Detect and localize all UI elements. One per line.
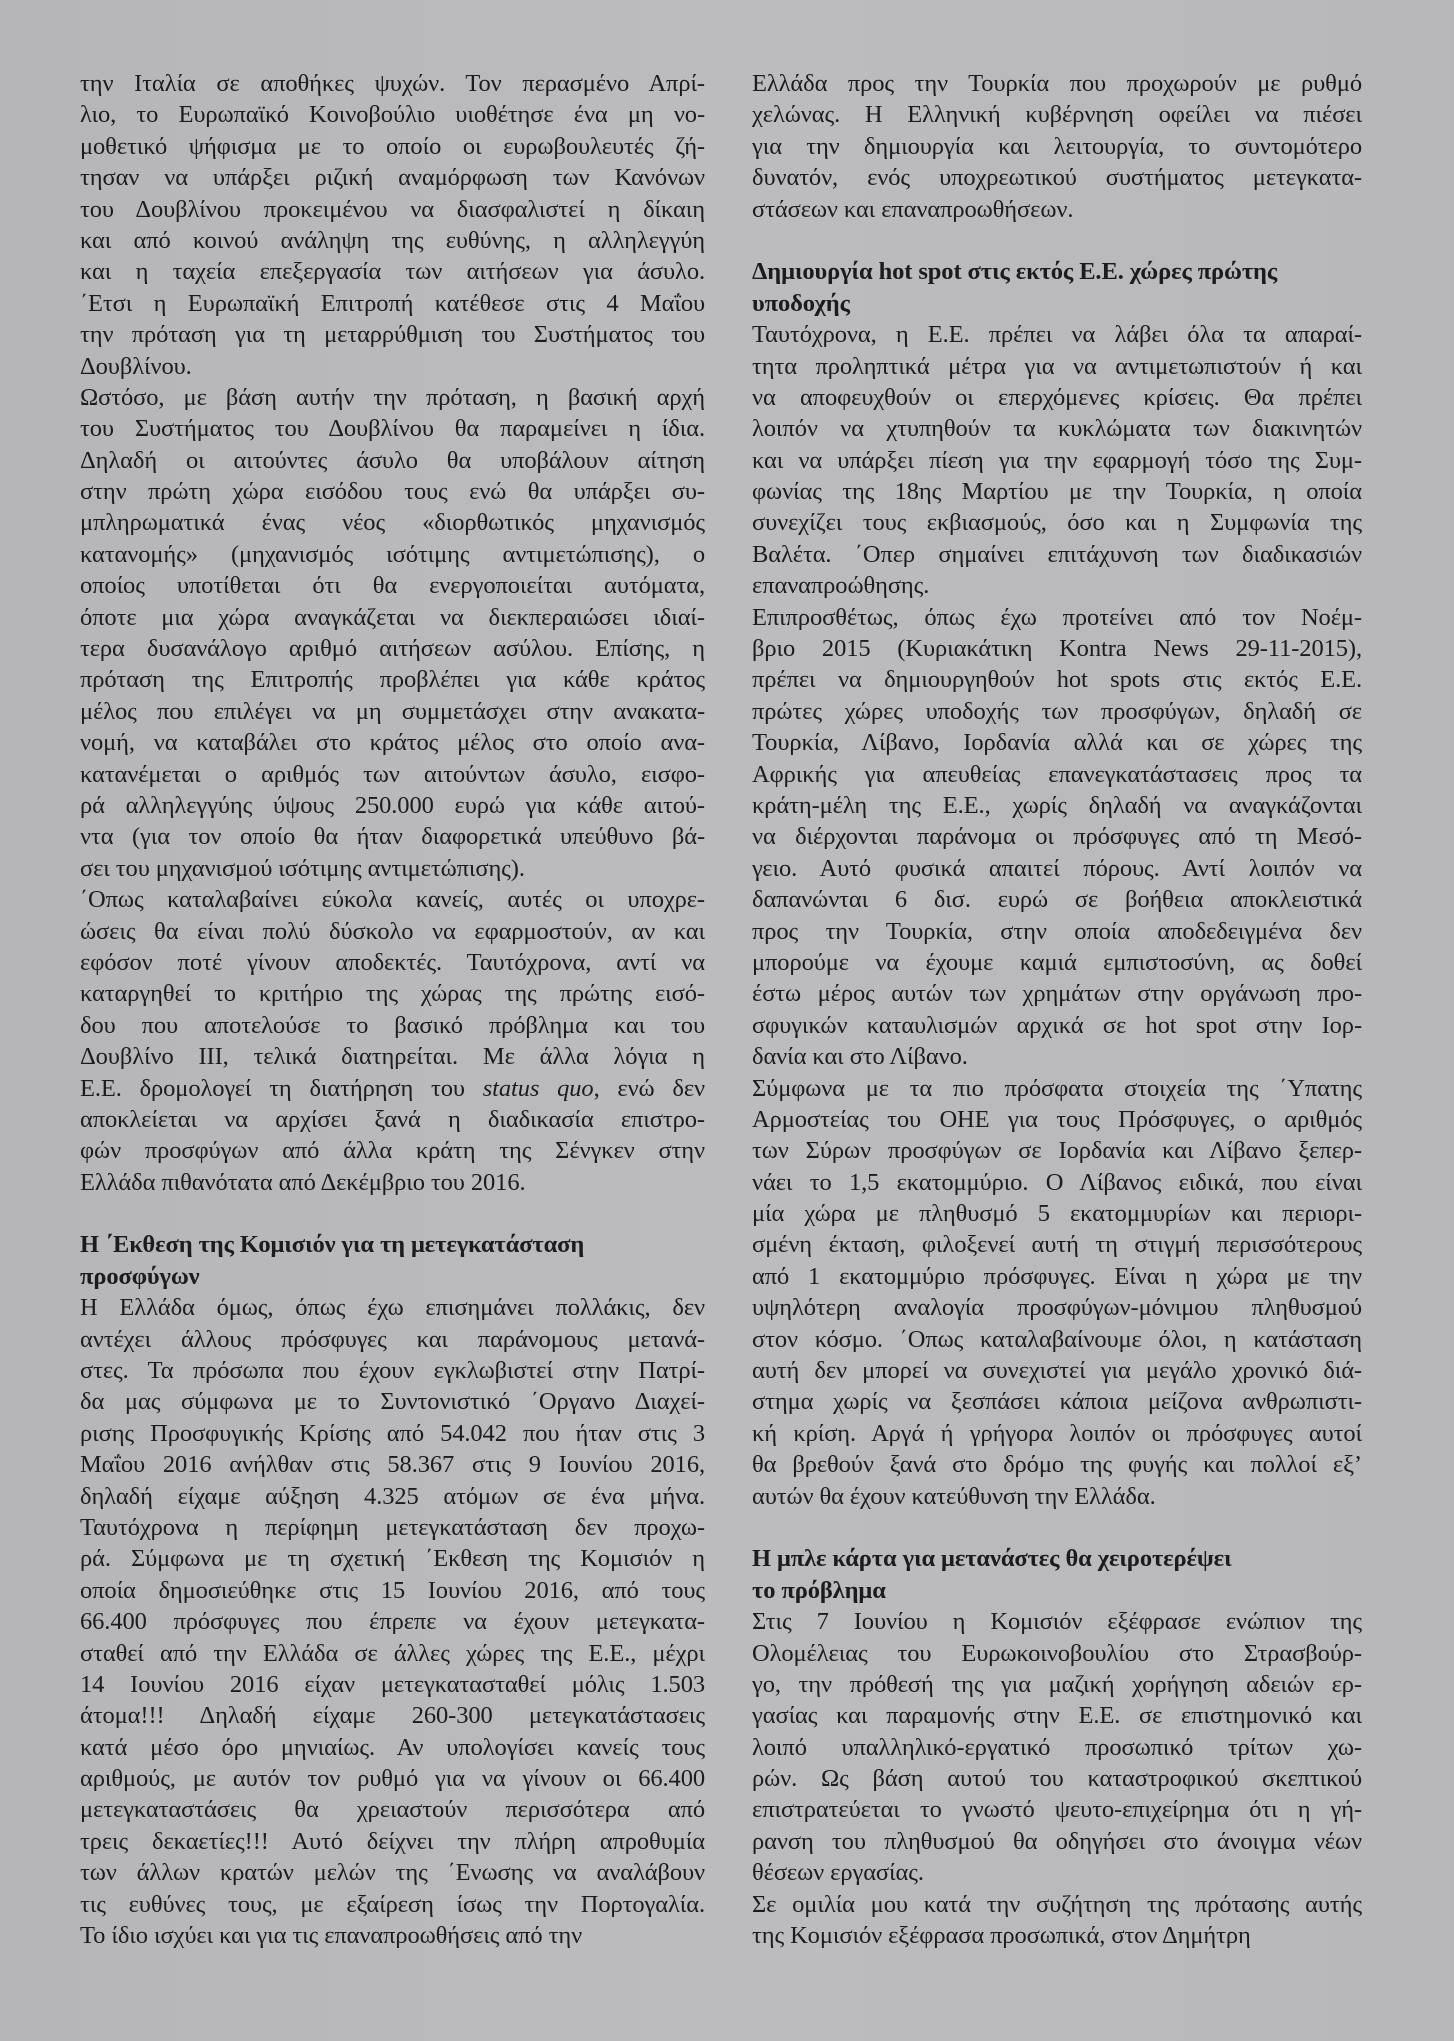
heading-line: υποδοχής — [752, 288, 1362, 319]
text-line: ΄Ετσι η Ευρωπαϊκή Επιτροπή κατέθεσε στις… — [80, 288, 705, 319]
text-line: σμένη έκταση, φιλοξενεί αυτή τη στιγμή π… — [752, 1229, 1362, 1260]
text-line: κή κρίση. Αργά ή γρήγορα λοιπόν οι πρόσφ… — [752, 1418, 1362, 1449]
text-line: τις ευθύνες τους, με εξαίρεση ίσως την Π… — [80, 1889, 705, 1920]
text-line: επιστρατεύεται το γνωστό ψευτο-επιχείρημ… — [752, 1794, 1362, 1825]
heading-line: προσφύγων — [80, 1261, 705, 1292]
text-line: και από κοινού ανάληψη της ευθύνης, η αλ… — [80, 225, 705, 256]
paragraph: Επιπροσθέτως, όπως έχω προτείνει από τον… — [752, 602, 1362, 1073]
text-line: της Κομισιόν εξέφρασα προσωπικά, στον Δη… — [752, 1920, 1362, 1951]
text-line: ΄Οπως καταλαβαίνει εύκολα κανείς, αυτές … — [80, 884, 705, 915]
italic-phrase: status quo — [483, 1075, 594, 1102]
text-line: λιο, το Ευρωπαϊκό Κοινοβούλιο υιοθέτησε … — [80, 99, 705, 130]
text-line: νάει το 1,5 εκατομμύριο. Ο Λίβανος ειδικ… — [752, 1167, 1362, 1198]
paragraph: Ταυτόχρονα, η Ε.Ε. πρέπει να λάβει όλα τ… — [752, 319, 1362, 602]
text-line: μέλος που επιλέγει να μη συμμετάσχει στη… — [80, 696, 705, 727]
text-line: εφόσον ποτέ γίνουν αποδεκτές. Ταυτόχρονα… — [80, 947, 705, 978]
text-line: την Ιταλία σε αποθήκες ψυχών. Τον περασμ… — [80, 68, 705, 99]
text-line: όποτε μια χώρα αναγκάζεται να διεκπεραιώ… — [80, 602, 705, 633]
text-line: Ολομέλειας του Ευρωκοινοβουλίου στο Στρα… — [752, 1638, 1362, 1669]
text-line: στην πρώτη χώρα εισόδου τους ενώ θα υπάρ… — [80, 476, 705, 507]
heading-line: Η ΄Εκθεση της Κομισιόν για τη μετεγκατάσ… — [80, 1229, 705, 1260]
text-line: ρά αλληλεγγύης ύψους 250.000 ευρώ για κά… — [80, 790, 705, 821]
text-line: επαναπροώθησης. — [752, 570, 1362, 601]
text-line: νομή, να καταβάλει στο κράτος μέλος στο … — [80, 727, 705, 758]
text-line: Στις 7 Ιουνίου η Κομισιόν εξέφρασε ενώπι… — [752, 1606, 1362, 1637]
heading-line: Δημιουργία hot spot στις εκτός Ε.Ε. χώρε… — [752, 256, 1362, 287]
heading-line: το πρόβλημα — [752, 1575, 1362, 1606]
paragraph: Σύμφωνα με τα πιο πρόσφατα στοιχεία της … — [752, 1073, 1362, 1512]
text-line: Το ίδιο ισχύει και για τις επαναπροωθήσε… — [80, 1920, 705, 1951]
text-line: θέσεων εργασίας. — [752, 1857, 1362, 1888]
text-line: αυτών θα έχουν κατεύθυνση την Ελλάδα. — [752, 1481, 1362, 1512]
text-line: ώσεις θα είναι πολύ δύσκολο να εφαρμοστο… — [80, 916, 705, 947]
text-line: οποία δημοσιεύθηκε στις 15 Ιουνίου 2016,… — [80, 1575, 705, 1606]
text-line: έστω μέρος αυτών των χρημάτων στην οργάν… — [752, 978, 1362, 1009]
section-gap — [752, 1512, 1362, 1543]
section-heading: Η ΄Εκθεση της Κομισιόν για τη μετεγκατάσ… — [80, 1229, 705, 1292]
text-line: 14 Ιουνίου 2016 είχαν μετεγκατασταθεί μό… — [80, 1669, 705, 1700]
text-line: ρισης Προσφυγικής Κρίσης από 54.042 που … — [80, 1418, 705, 1449]
text-line: μοθετικό ψήφισμα με το οποίο οι ευρωβουλ… — [80, 131, 705, 162]
paragraph: Ελλάδα προς την Τουρκία που προχωρούν με… — [752, 68, 1362, 225]
text-line: στες. Τα πρόσωπα που έχουν εγκλωβιστεί σ… — [80, 1355, 705, 1386]
text-line: πρώτες χώρες υποδοχής των προσφύγων, δηλ… — [752, 696, 1362, 727]
text-line: μπληρωματικά ένας νέος «διορθωτικός μηχα… — [80, 507, 705, 538]
text-line: φωνίας της 18ης Μαρτίου με την Τουρκία, … — [752, 476, 1362, 507]
text-line: του Συστήματος του Δουβλίνου θα παραμείν… — [80, 413, 705, 444]
text-line: Αφρικής για απευθείας επανεγκατάστασεις … — [752, 759, 1362, 790]
section-heading: Δημιουργία hot spot στις εκτός Ε.Ε. χώρε… — [752, 256, 1362, 319]
text-line: Η Ελλάδα όμως, όπως έχω επισημάνει πολλά… — [80, 1292, 705, 1323]
left-column: την Ιταλία σε αποθήκες ψυχών. Τον περασμ… — [80, 68, 705, 1951]
text-line: βριο 2015 (Κυριακάτικη Kontra News 29-11… — [752, 633, 1362, 664]
text-line: γειο. Αυτό φυσικά απαιτεί πόρους. Αντί λ… — [752, 853, 1362, 884]
text-line: ντα (για τον οποίο θα ήταν διαφορετικά υ… — [80, 821, 705, 852]
text-line: Αρμοστείας του ΟΗΕ για τους Πρόσφυγες, ο… — [752, 1104, 1362, 1135]
text-line: δηλαδή είχαμε αύξηση 4.325 ατόμων σε ένα… — [80, 1481, 705, 1512]
text-line: σει του μηχανισμού ισότιμης αντιμετώπιση… — [80, 853, 705, 884]
text-line: χελώνας. Η Ελληνική κυβέρνηση οφείλει να… — [752, 99, 1362, 130]
text-line: γασίας και παραμονής στην Ε.Ε. σε επιστη… — [752, 1700, 1362, 1731]
paragraph: Στις 7 Ιουνίου η Κομισιόν εξέφρασε ενώπι… — [752, 1606, 1362, 1889]
text-line: συνεχίζει τους εκβιασμούς, όσο και η Συμ… — [752, 507, 1362, 538]
text-line: τρεις δεκαετίες!!! Αυτό δείχνει την πλήρ… — [80, 1826, 705, 1857]
text-line: Βαλέτα. ΄Οπερ σημαίνει επιτάχυνση των δι… — [752, 539, 1362, 570]
text-line: δανία και στο Λίβανο. — [752, 1041, 1362, 1072]
text-line: Ταυτόχρονα η περίφημη μετεγκατάσταση δεν… — [80, 1512, 705, 1543]
text-line: σφυγικών καταυλισμών αρχικά σε hot spot … — [752, 1010, 1362, 1041]
text-line: στημα χωρίς να ξεσπάσει κάποια μείζονα α… — [752, 1386, 1362, 1417]
text-line: άτομα!!! Δηλαδή είχαμε 260-300 μετεγκατά… — [80, 1700, 705, 1731]
text-line: αποκλείεται να αρχίσει ξανά η διαδικασία… — [80, 1104, 705, 1135]
text-line: να αποφευχθούν οι επερχόμενες κρίσεις. Θ… — [752, 382, 1362, 413]
text-line: Δουβλίνου. — [80, 351, 705, 382]
text-line: των άλλων κρατών μελών της ΄Ενωσης να αν… — [80, 1857, 705, 1888]
text-line: και να υπάρξει πίεση για την εφαρμογή τό… — [752, 445, 1362, 476]
text-line: και η ταχεία επεξεργασία των αιτήσεων γι… — [80, 256, 705, 287]
text-line: μπορούμε να έχουμε καμιά εμπιστοσύνη, ας… — [752, 947, 1362, 978]
text-line: Ελλάδα πιθανότατα από Δεκέμβριο του 2016… — [80, 1167, 705, 1198]
text-line: δα μας σύμφωνα με το Συντονιστικό ΄Οργαν… — [80, 1386, 705, 1417]
text-line: Δουβλίνο ΙΙΙ, τελικά διατηρείται. Με άλλ… — [80, 1041, 705, 1072]
text-line: από 1 εκατομμύριο πρόσφυγες. Είναι η χώρ… — [752, 1261, 1362, 1292]
text-line: Ελλάδα προς την Τουρκία που προχωρούν με… — [752, 68, 1362, 99]
text-line: δυνατόν, ενός υποχρεωτικού συστήματος με… — [752, 162, 1362, 193]
text-line: υψηλότερη αναλογία προσφύγων-μόνιμου πλη… — [752, 1292, 1362, 1323]
text-line: πρόταση της Επιτροπής προβλέπει για κάθε… — [80, 664, 705, 695]
text-line: οποίος υποτίθεται ότι θα ενεργοποιείται … — [80, 570, 705, 601]
paragraph: Ωστόσο, με βάση αυτήν την πρόταση, η βασ… — [80, 382, 705, 884]
paragraph: ΄Οπως καταλαβαίνει εύκολα κανείς, αυτές … — [80, 884, 705, 1198]
text-line: πρέπει να δημιουργηθούν hot spots στις ε… — [752, 664, 1362, 695]
text-line: κατανομής» (μηχανισμός ισότιμης αντιμετώ… — [80, 539, 705, 570]
text-line: να διέρχονται παράνομα οι πρόσφυγες από … — [752, 821, 1362, 852]
text-line: Μαΐου 2016 ανήλθαν στις 58.367 στις 9 Ιο… — [80, 1449, 705, 1480]
text-line: δου που αποτελούσε το βασικό πρόβλημα κα… — [80, 1010, 705, 1041]
text-line: κατά μέσο όρο μηνιαίως. Αν υπολογίσει κα… — [80, 1732, 705, 1763]
text-line: καταργηθεί το κριτήριο της χώρας της πρώ… — [80, 978, 705, 1009]
text-line: θα βρεθούν ξανά στο δρόμο της φυγής και … — [752, 1449, 1362, 1480]
text-line: αριθμούς, με αυτόν τον ρυθμό για να γίνο… — [80, 1763, 705, 1794]
text-line: των Σύρων προσφύγων σε Ιορδανία και Λίβα… — [752, 1135, 1362, 1166]
magazine-page: την Ιταλία σε αποθήκες ψυχών. Τον περασμ… — [0, 0, 1454, 2041]
text-line: κατανέμεται ο αριθμός των αιτούντων άσυλ… — [80, 759, 705, 790]
text-line: στάσεων και επαναπροωθήσεων. — [752, 194, 1362, 225]
text-line: Επιπροσθέτως, όπως έχω προτείνει από τον… — [752, 602, 1362, 633]
text-line: αντέχει άλλους πρόσφυγες και παράνομους … — [80, 1324, 705, 1355]
text-line: λοιπόν να χτυπηθούν τα κυκλώματα των δια… — [752, 413, 1362, 444]
text-line: Σύμφωνα με τα πιο πρόσφατα στοιχεία της … — [752, 1073, 1362, 1104]
text-line: μετεγκαταστάσεις θα χρειαστούν περισσότε… — [80, 1794, 705, 1825]
text-line: 66.400 πρόσφυγες που έπρεπε να έχουν μετ… — [80, 1606, 705, 1637]
text-line: φών προσφύγων από άλλα κράτη της Σένγκεν… — [80, 1135, 705, 1166]
text-line: γο, την πρόθεσή της για μαζική χορήγηση … — [752, 1669, 1362, 1700]
text-line: Ταυτόχρονα, η Ε.Ε. πρέπει να λάβει όλα τ… — [752, 319, 1362, 350]
text-line: τητα προληπτικά μέτρα για να αντιμετωπισ… — [752, 351, 1362, 382]
text-line: αυτή δεν μπορεί να συνεχιστεί για μεγάλο… — [752, 1355, 1362, 1386]
paragraph: Σε ομιλία μου κατά την συζήτηση της πρότ… — [752, 1889, 1362, 1952]
text-line: την πρόταση για τη μεταρρύθμιση του Συστ… — [80, 319, 705, 350]
text-line: για την δημιουργία και λειτουργία, το συ… — [752, 131, 1362, 162]
section-gap — [752, 225, 1362, 256]
text-line: τερα δυσανάλογο αριθμό αιτήσεων ασύλου. … — [80, 633, 705, 664]
text-line: Τουρκία, Λίβανο, Ιορδανία αλλά και σε χώ… — [752, 727, 1362, 758]
text-line: ρά. Σύμφωνα με τη σχετική ΄Εκθεση της Κο… — [80, 1543, 705, 1574]
text-line: κράτη-μέλη της Ε.Ε., χωρίς δηλαδή να ανα… — [752, 790, 1362, 821]
text-line: Δηλαδή οι αιτούντες άσυλο θα υποβάλουν α… — [80, 445, 705, 476]
text-line: σταθεί από την Ελλάδα σε άλλες χώρες της… — [80, 1638, 705, 1669]
text-line: ρών. Ως βάση αυτού του καταστροφικού σκε… — [752, 1763, 1362, 1794]
paragraph: Η Ελλάδα όμως, όπως έχω επισημάνει πολλά… — [80, 1292, 705, 1951]
text-line: τησαν να υπάρξει ριζική αναμόρφωση των Κ… — [80, 162, 705, 193]
section-gap — [80, 1198, 705, 1229]
text-line: δαπανώνται 6 δισ. ευρώ σε βοήθεια αποκλε… — [752, 884, 1362, 915]
text-line: Ωστόσο, με βάση αυτήν την πρόταση, η βασ… — [80, 382, 705, 413]
right-column: Ελλάδα προς την Τουρκία που προχωρούν με… — [752, 68, 1362, 1951]
text-line: λοιπό υπαλληλικό-εργατικό προσωπικό τρίτ… — [752, 1732, 1362, 1763]
text-line: στον κόσμο. ΄Οπως καταλαβαίνουμε όλοι, η… — [752, 1324, 1362, 1355]
text-line: του Δουβλίνου προκειμένου να διασφαλιστε… — [80, 194, 705, 225]
section-heading: Η μπλε κάρτα για μετανάστες θα χειροτερέ… — [752, 1543, 1362, 1606]
text-line: μία χώρα με πληθυσμό 5 εκατομμυρίων και … — [752, 1198, 1362, 1229]
text-line: Σε ομιλία μου κατά την συζήτηση της πρότ… — [752, 1889, 1362, 1920]
text-line: ρανση του πληθυσμού θα οδηγήσει στο άνοι… — [752, 1826, 1362, 1857]
paragraph: την Ιταλία σε αποθήκες ψυχών. Τον περασμ… — [80, 68, 705, 382]
heading-line: Η μπλε κάρτα για μετανάστες θα χειροτερέ… — [752, 1543, 1362, 1574]
text-line: προς την Τουρκία, στην οποία αποδεδειγμέ… — [752, 916, 1362, 947]
text-line: Ε.Ε. δρομολογεί τη διατήρηση του status … — [80, 1073, 705, 1104]
